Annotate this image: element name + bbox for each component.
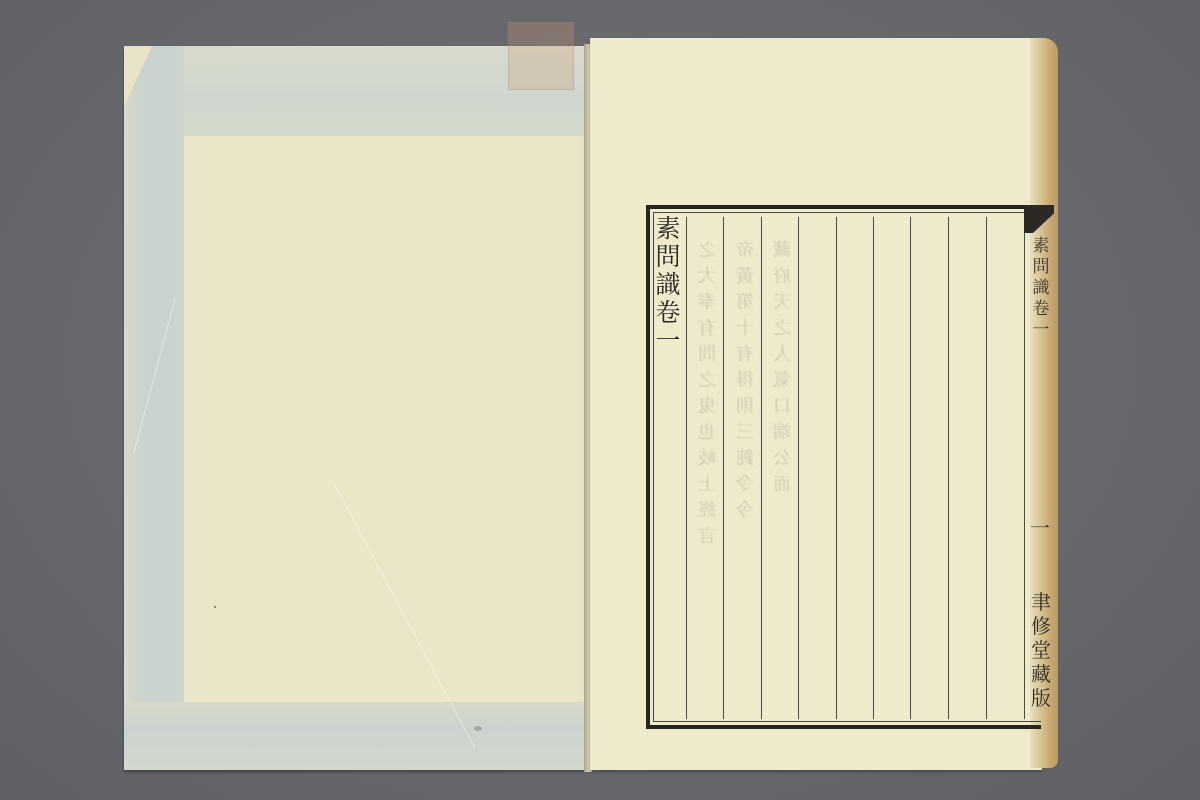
column-rule [1024,217,1025,719]
title-char: 素 [655,215,680,243]
column-rule [910,217,911,719]
bleed-through-column: 帝黃第十有得則三鈍令今 [734,238,756,524]
left-page-inside-cover [124,46,586,770]
stain [214,606,216,608]
column-rule [798,217,799,719]
cover-dye-border-bottom [124,702,586,770]
title-char: 一 [655,327,680,355]
chapter-title-vertical: 素 問 識 卷 一 [651,215,685,355]
publisher-imprint: 聿 修 堂 藏 版 [1029,590,1053,710]
column-rule [948,217,949,719]
title-char: 卷 [655,299,680,327]
column-rule [836,217,837,719]
bleed-through-column: 藏府天之人氣口端公而 [771,238,793,498]
title-char: 識 [655,271,680,299]
fold-column-title: 素 問 識 卷 一 [1030,236,1052,341]
page-number: 一 [1030,512,1050,541]
column-rule [723,217,724,719]
column-rule [686,217,687,719]
column-rule [761,217,762,719]
bleed-through-column: 之大奉有問之鬼也岐上經言 [696,238,718,550]
column-rule [873,217,874,719]
column-rule [986,217,987,719]
title-char: 問 [655,243,680,271]
cover-dye-border-left [124,46,184,770]
stain [474,726,482,731]
collector-seal-icon [508,22,574,90]
cover-paper-center [184,136,578,702]
